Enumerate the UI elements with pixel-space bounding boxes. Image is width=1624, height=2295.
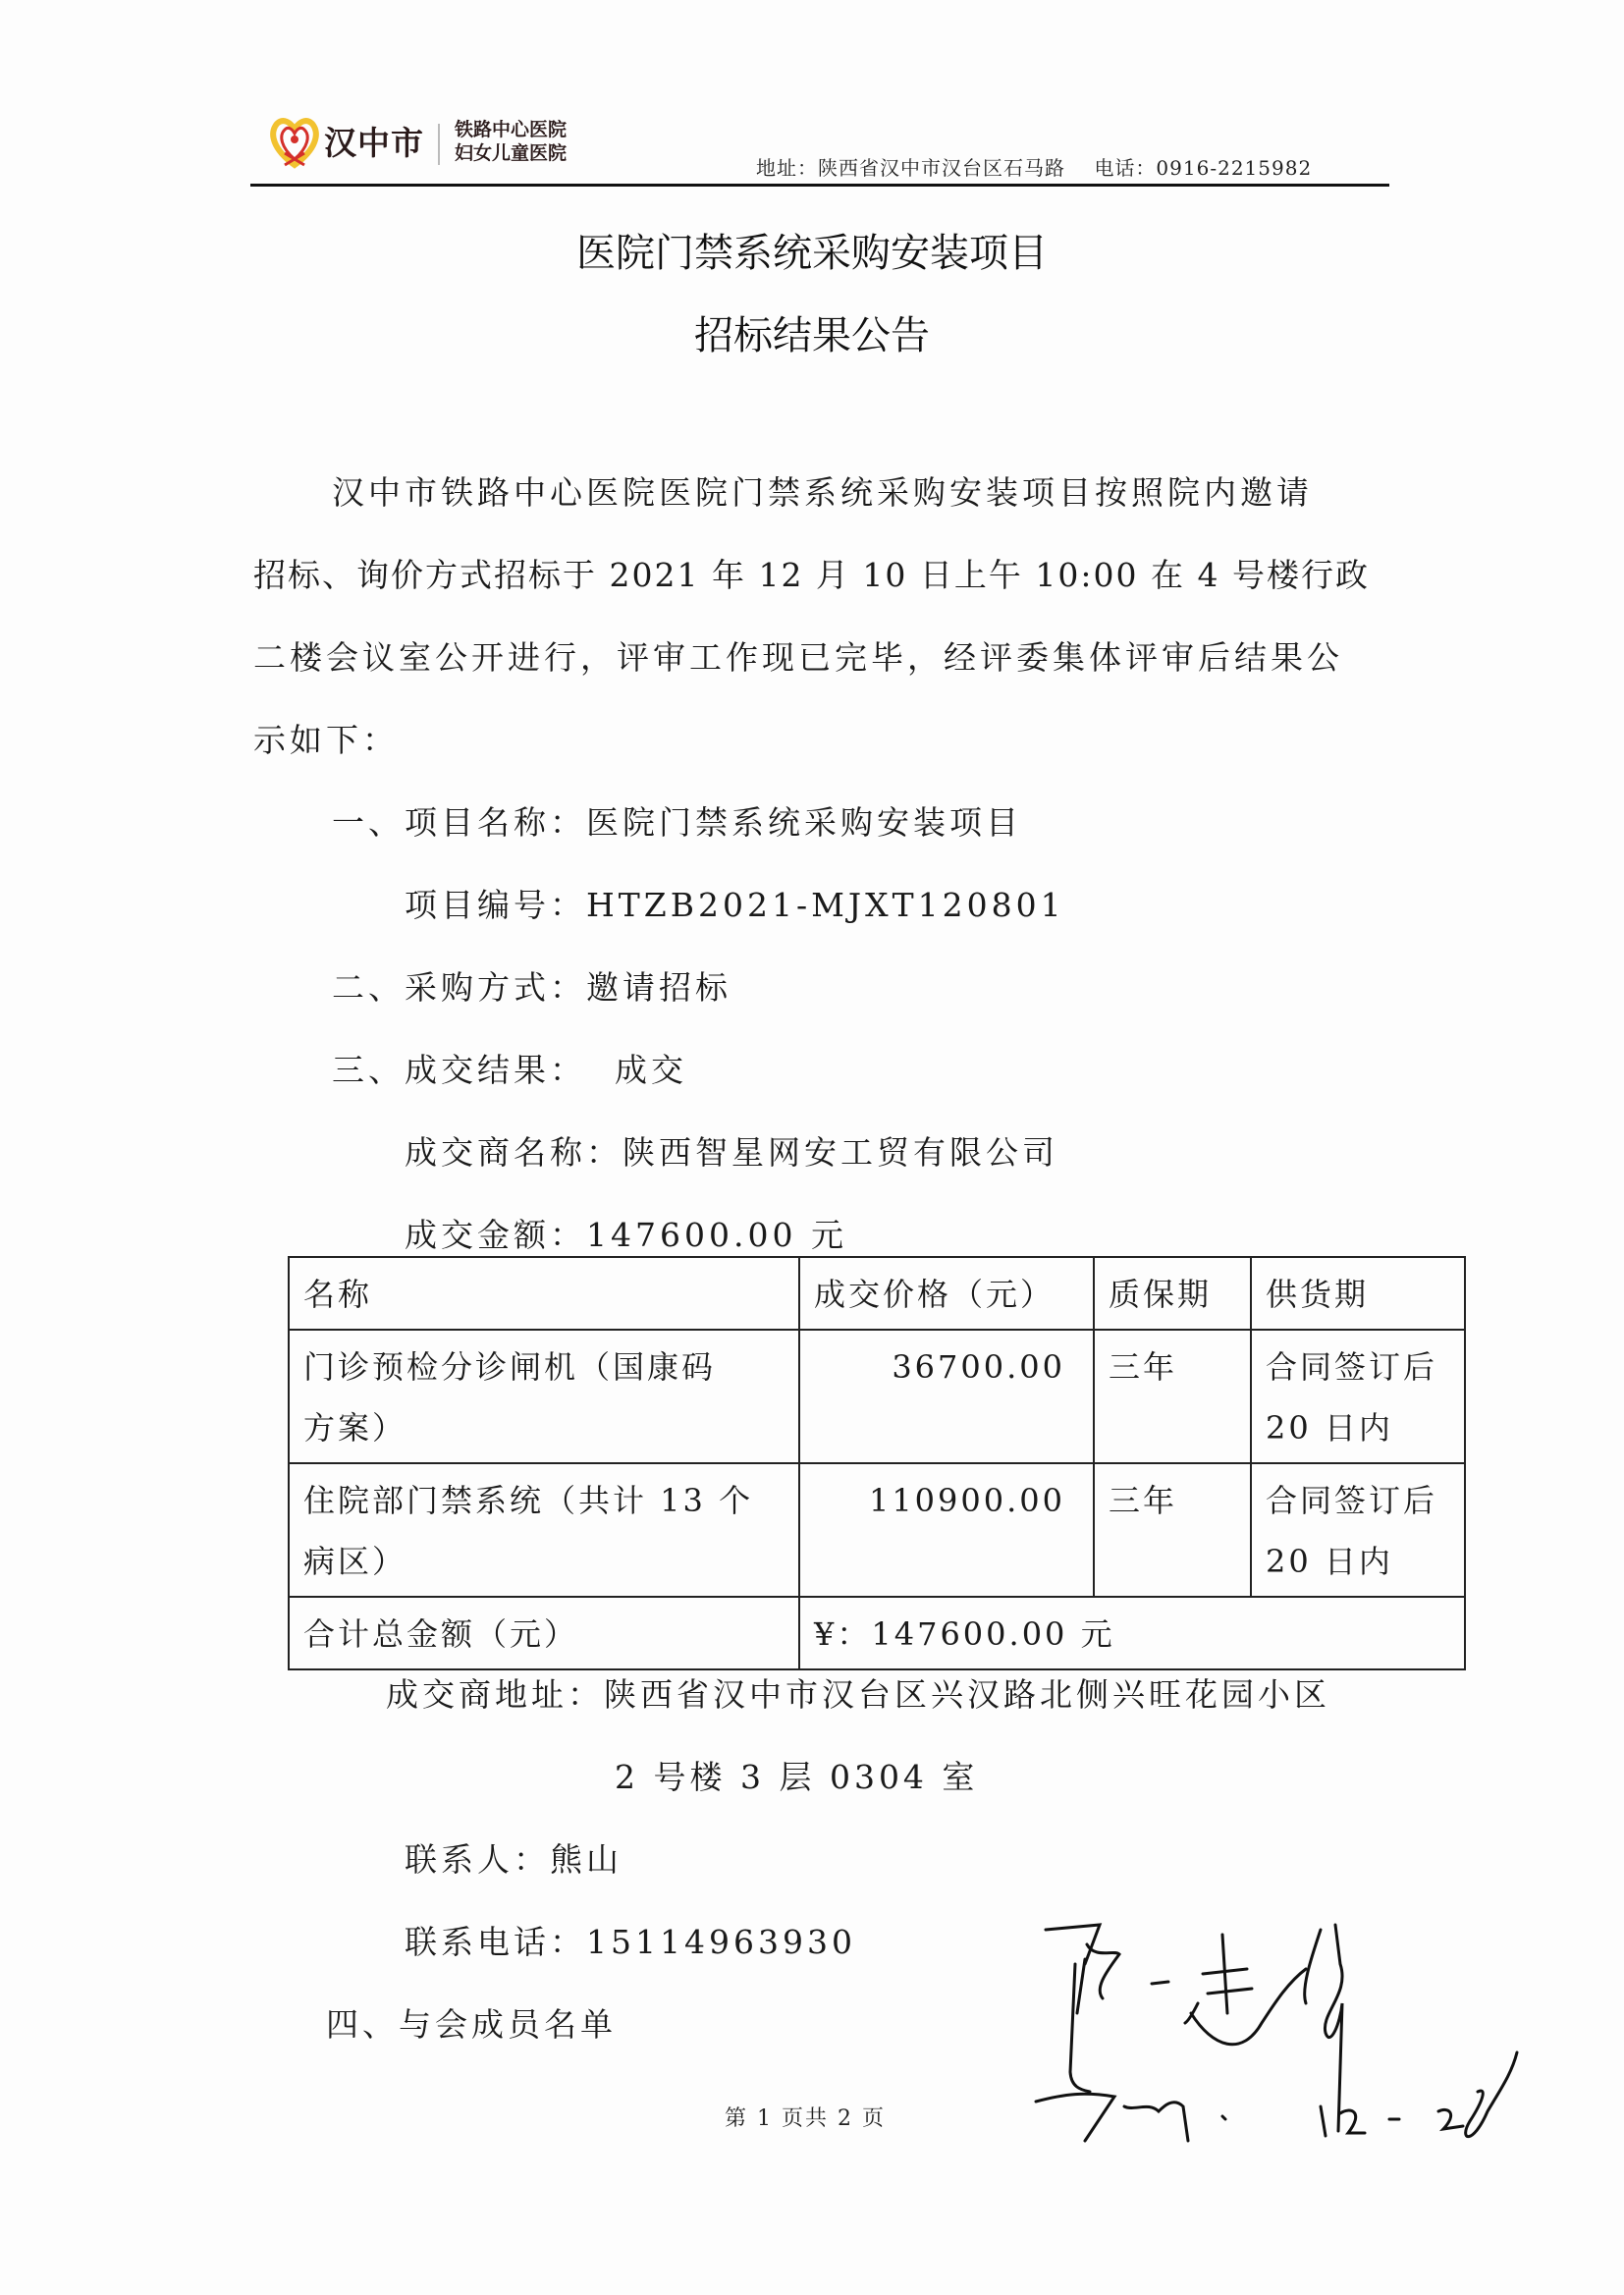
logo-hospital-names: 铁路中心医院 妇女儿童医院 xyxy=(455,118,567,165)
item-procurement-method: 二、采购方式：邀请招标 xyxy=(332,962,731,1009)
logo-divider xyxy=(438,124,440,165)
row-warranty: 三年 xyxy=(1094,1463,1251,1597)
header-warranty: 质保期 xyxy=(1094,1257,1251,1330)
row-price: 36700.00 xyxy=(799,1330,1094,1463)
hospital-name-1: 铁路中心医院 xyxy=(455,118,567,141)
hospital-logo-icon xyxy=(267,116,322,169)
header-delivery: 供货期 xyxy=(1251,1257,1465,1330)
row-delivery: 合同签订后20 日内 xyxy=(1251,1463,1465,1597)
row-name: 门诊预检分诊闸机（国康码方案） xyxy=(289,1330,799,1463)
hospital-name-2: 妇女儿童医院 xyxy=(455,141,567,165)
document-title: 医院门禁系统采购安装项目 xyxy=(0,222,1624,278)
contact-phone: 联系电话：15114963930 xyxy=(405,1917,856,1963)
letterhead-contact: 地址：陕西省汉中市汉台区石马路 电话：0916-2215982 xyxy=(756,152,1312,181)
total-value: ¥：147600.00 元 xyxy=(799,1597,1465,1669)
row-warranty: 三年 xyxy=(1094,1330,1251,1463)
document-subtitle: 招标结果公告 xyxy=(0,304,1624,360)
header-price: 成交价格（元） xyxy=(799,1257,1094,1330)
row-name: 住院部门禁系统（共计 13 个病区） xyxy=(289,1463,799,1597)
letterhead-rule xyxy=(250,184,1389,187)
letterhead-phone: 电话：0916-2215982 xyxy=(1094,156,1312,180)
table-total-row: 合计总金额（元） ¥：147600.00 元 xyxy=(289,1597,1465,1669)
intro-line-2: 招标、询价方式招标于 2021 年 12 月 10 日上午 10:00 在 4 … xyxy=(253,550,1370,596)
row-price: 110900.00 xyxy=(799,1463,1094,1597)
total-label: 合计总金额（元） xyxy=(289,1597,799,1669)
vendor-name: 成交商名称：陕西智星网安工贸有限公司 xyxy=(405,1127,1058,1174)
vendor-address-2: 2 号楼 3 层 0304 室 xyxy=(615,1752,978,1798)
item-attendees: 四、与会成员名单 xyxy=(326,1999,617,2046)
item-result: 三、成交结果： 成交 xyxy=(332,1045,687,1091)
project-number: 项目编号：HTZB2021-MJXT120801 xyxy=(405,880,1065,926)
table-row: 门诊预检分诊闸机（国康码方案） 36700.00 三年 合同签订后20 日内 xyxy=(289,1330,1465,1463)
deal-amount: 成交金额：147600.00 元 xyxy=(405,1210,847,1256)
contact-person: 联系人：熊山 xyxy=(405,1834,623,1881)
table-header-row: 名称 成交价格（元） 质保期 供货期 xyxy=(289,1257,1465,1330)
vendor-address-1: 成交商地址：陕西省汉中市汉台区兴汉路北侧兴旺花园小区 xyxy=(386,1669,1330,1716)
letterhead-address: 地址：陕西省汉中市汉台区石马路 xyxy=(756,156,1065,180)
intro-line-4: 示如下： xyxy=(253,715,399,761)
table-row: 住院部门禁系统（共计 13 个病区） 110900.00 三年 合同签订后20 … xyxy=(289,1463,1465,1597)
item-project-name: 一、项目名称：医院门禁系统采购安装项目 xyxy=(332,797,1022,844)
header-name: 名称 xyxy=(289,1257,799,1330)
page-number: 第 1 页共 2 页 xyxy=(725,2102,886,2132)
row-delivery: 合同签订后20 日内 xyxy=(1251,1330,1465,1463)
intro-line-1: 汉中市铁路中心医院医院门禁系统采购安装项目按照院内邀请 xyxy=(332,467,1313,514)
handwritten-signature xyxy=(1026,1905,1556,2160)
results-table: 名称 成交价格（元） 质保期 供货期 门诊预检分诊闸机（国康码方案） 36700… xyxy=(288,1256,1466,1670)
logo-city-name: 汉中市 xyxy=(324,118,424,164)
intro-line-3: 二楼会议室公开进行，评审工作现已完毕，经评委集体评审后结果公 xyxy=(253,632,1343,679)
